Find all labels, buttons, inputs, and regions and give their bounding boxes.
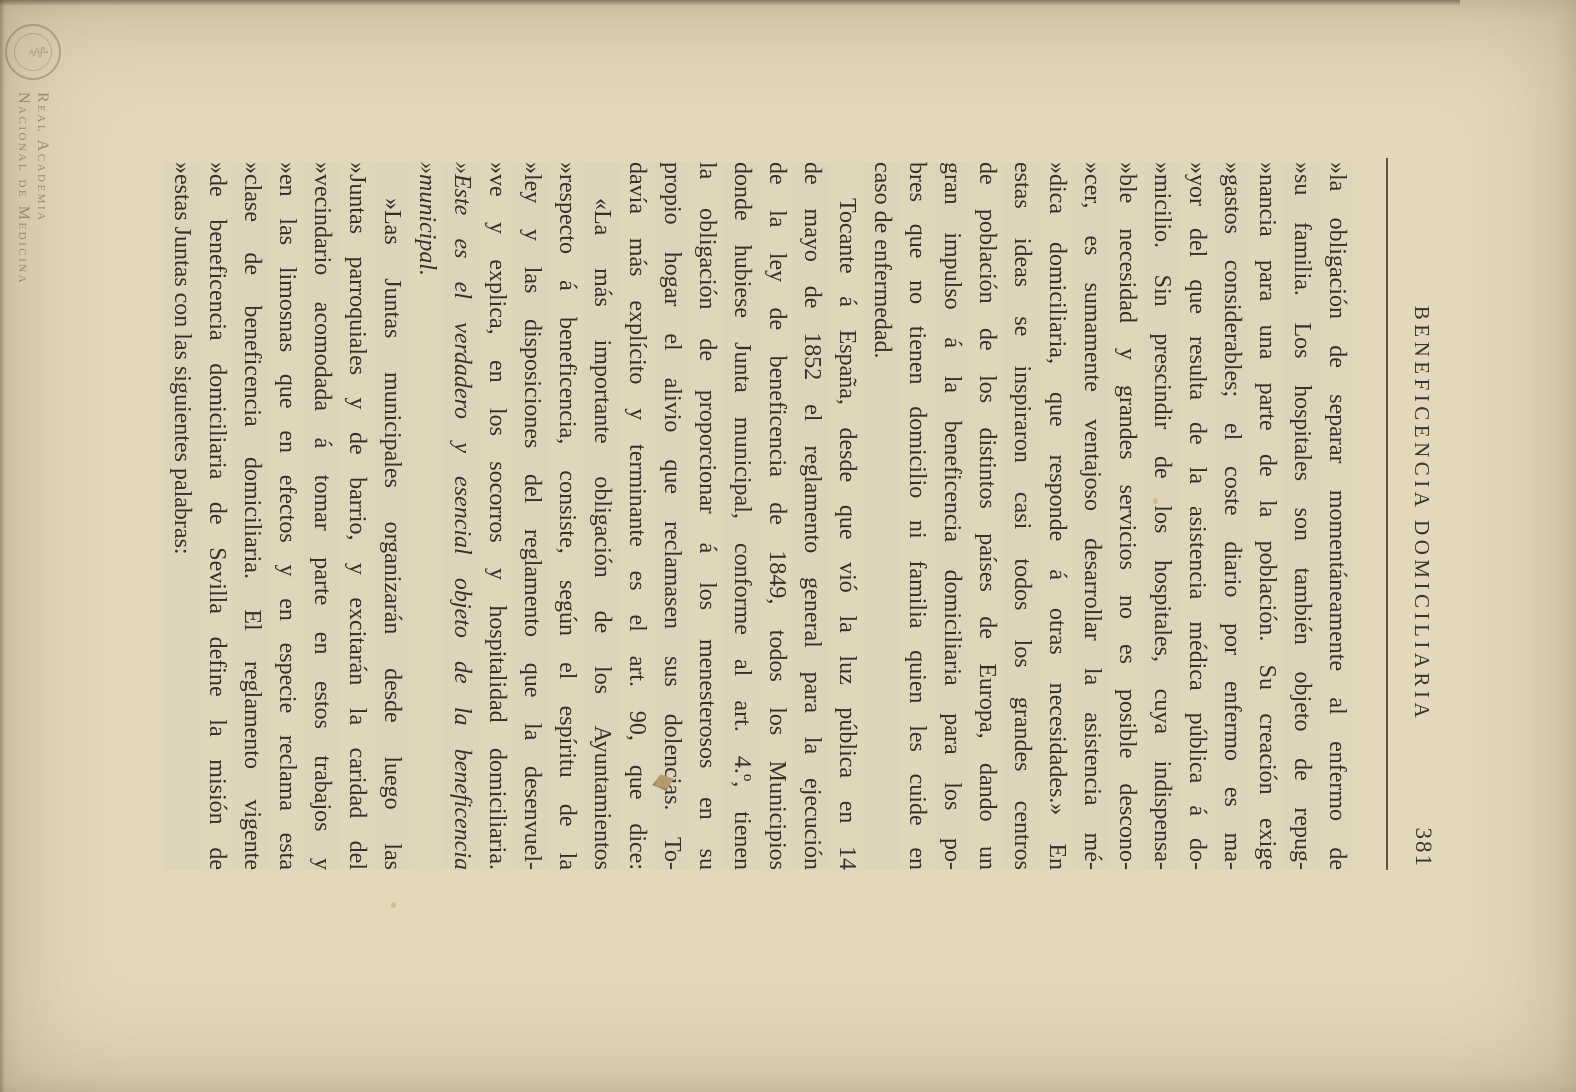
text-line: bres que no tienen domicilio ni familia … — [899, 162, 934, 870]
text-line: »gastos considerables; el coste diario p… — [1214, 162, 1249, 870]
text-line: »vecindario acomodada á tomar parte en e… — [304, 162, 339, 870]
text-line: »Juntas parroquiales y de barrio, y exci… — [339, 162, 374, 870]
text-line: »en las limosnas que en efectos y en esp… — [269, 162, 304, 870]
text-line: »Este es el verdadero y esencial objeto … — [444, 162, 479, 870]
text-line: »clase de beneficencia domiciliaria. El … — [234, 162, 269, 870]
text-line: »municipal. — [409, 162, 444, 870]
text-line: »estas Juntas con las siguientes palabra… — [164, 162, 199, 870]
text-line: »respecto á beneficencia, consiste, segú… — [549, 162, 584, 870]
text-line: »dica domiciliaria, que responde á otras… — [1039, 162, 1074, 870]
text-line: davía más explícito y terminante es el a… — [619, 162, 654, 870]
text-line: estas ideas se inspiraron casi todos los… — [1004, 162, 1039, 870]
text-line: «La más importante obligación de los Ayu… — [584, 162, 619, 870]
text-line: »su familia. Los hospitales son también … — [1284, 162, 1319, 870]
text-line: »micilio. Sin prescindir de los hospital… — [1144, 162, 1179, 870]
text-line: »cer, es sumamente ventajoso desarrollar… — [1074, 162, 1109, 870]
text-line: »Las Juntas municipales organizarán desd… — [374, 162, 409, 870]
text-line: »nancia para una parte de la población. … — [1249, 162, 1284, 870]
body-text: »la obligación de separar momentáneament… — [164, 162, 1354, 870]
page-number: 381 — [1410, 828, 1436, 869]
text-line: de la ley de beneficencia de 1849, todos… — [759, 162, 794, 870]
watermark-line-1: Real Academia — [33, 92, 52, 285]
text-line: »ve y explica, en los socorros y hospita… — [479, 162, 514, 870]
library-watermark: Real Academia Nacional de Medicina — [2, 24, 64, 364]
paper-speck — [1153, 498, 1158, 504]
text-line: »ble necesidad y grandes servicios no es… — [1109, 162, 1144, 870]
text-line: de población de los distintos países de … — [969, 162, 1004, 870]
text-line: la obligación de proporcionar á los mene… — [689, 162, 724, 870]
academy-seal-icon — [5, 24, 61, 80]
text-line: »yor del que resulta de la asistencia mé… — [1179, 162, 1214, 870]
text-line: »de beneficencia domiciliaria de Sevilla… — [199, 162, 234, 870]
header-rule — [1386, 158, 1388, 870]
text-line: Tocante á España, desde que vió la luz p… — [829, 162, 864, 870]
text-line: donde hubiese Junta municipal, conforme … — [724, 162, 759, 870]
text-line: propio hogar el alivio que reclamasen su… — [654, 162, 689, 870]
paper-speck — [391, 902, 396, 908]
text-line: »ley y las disposiciones del reglamento … — [514, 162, 549, 870]
text-line: caso de enfermedad. — [864, 162, 899, 870]
text-line: »la obligación de separar momentáneament… — [1319, 162, 1354, 870]
watermark-text: Real Academia Nacional de Medicina — [14, 92, 52, 285]
page-title: BENEFICENCIA DOMICILIARIA — [1409, 158, 1434, 870]
text-line: gran impulso á la beneficencia domicilia… — [934, 162, 969, 870]
text-line: de mayo de 1852 el reglamento general pa… — [794, 162, 829, 870]
running-head: BENEFICENCIA DOMICILIARIA 381 — [1396, 158, 1438, 870]
watermark-line-2: Nacional de Medicina — [14, 92, 33, 285]
scanned-book-page: BENEFICENCIA DOMICILIARIA 381 »la obliga… — [0, 0, 1576, 1092]
page-surface: BENEFICENCIA DOMICILIARIA 381 »la obliga… — [0, 0, 1576, 1092]
